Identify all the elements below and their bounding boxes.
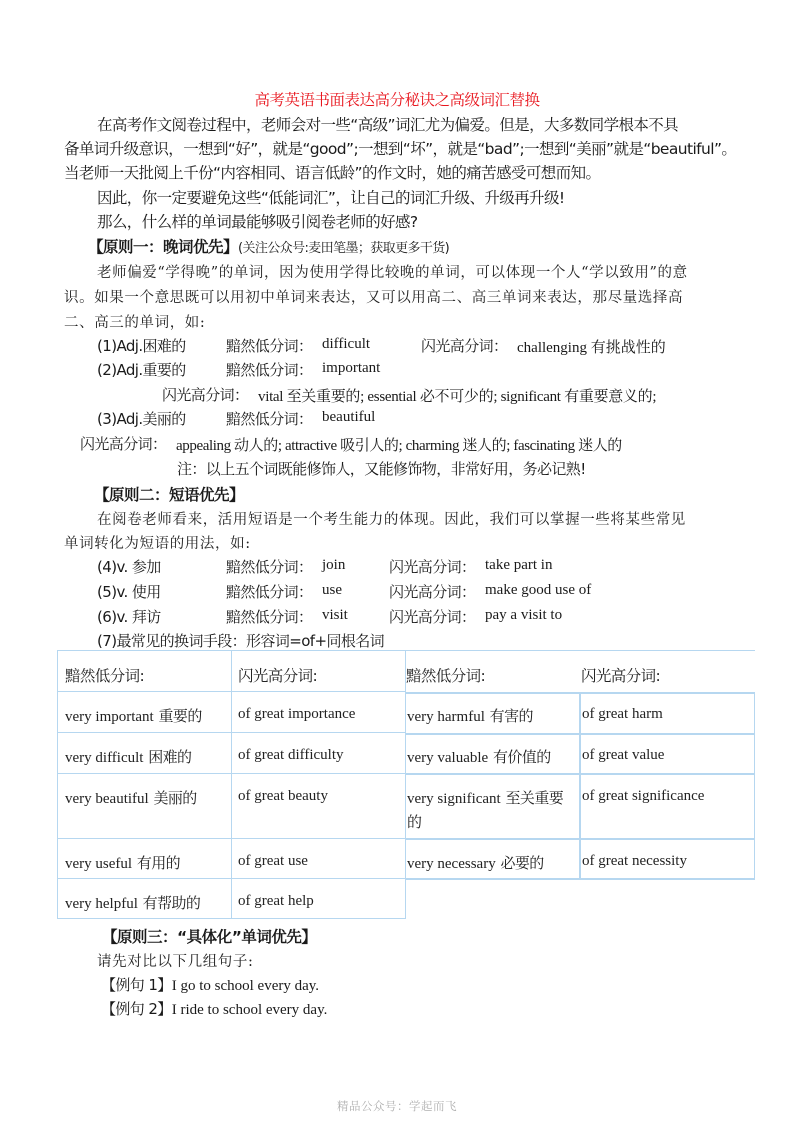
table-row-high: of great necessity [582, 853, 687, 870]
principle3-desc: 请先对比以下几组句子: [97, 950, 253, 971]
item-4-high: take part in [485, 557, 552, 574]
principle2-desc-1: 在阅卷老师看来，活用短语是一个考生能力的体现。因此，我们可以掌握一些将某些常见 [97, 508, 686, 529]
principle1-desc-2: 识。如果一个意思既可以用初中单词来表达，又可以用高二、高三单词来表达，那尽量选择… [64, 286, 683, 307]
principle1-remark: 注：以上五个词既能修饰人，又能修饰物，非常好用，务必记熟! [177, 458, 586, 479]
document-title: 高考英语书面表达高分秘诀之高级词汇替换 [0, 88, 794, 110]
intro-line-3: 当老师一天批阅上千份“内容相同、语言低龄”的作文时，她的痛苦感受可想而知。 [64, 161, 600, 183]
item-4-low-label: 黯然低分词： [226, 556, 312, 577]
principle3-heading: 【原则三：“具体化”单词优先】 [102, 925, 316, 947]
table-header-low-2: 黯然低分词: [406, 664, 485, 686]
item-6-low: visit [322, 607, 348, 624]
item-2-label: (2)Adj.重要的 [97, 359, 186, 380]
table-row-low: very beautiful 美丽的 [65, 787, 197, 808]
table-row-high: of great value [582, 747, 664, 764]
item-6-high-label: 闪光高分词： [389, 606, 475, 627]
item-5-low-label: 黯然低分词： [226, 581, 312, 602]
item-2-high-label: 闪光高分词： [162, 384, 248, 405]
table-row-high: of great importance [238, 706, 355, 723]
example-2-label: 【例句 2】 [101, 1000, 172, 1018]
table-header-high-1: 闪光高分词: [238, 664, 317, 686]
table-row-high: of great use [238, 853, 308, 870]
table-row-high: of great difficulty [238, 747, 344, 764]
table-row-low: very valuable 有价值的 [407, 746, 551, 767]
intro-line-1: 在高考作文阅卷过程中，老师会对一些“高级”词汇尤为偏爱。但是，大多数同学根本不具 [97, 113, 678, 135]
item-1-high-label: 闪光高分词： [421, 335, 507, 356]
table-row-low: very useful 有用的 [65, 852, 180, 873]
table-border [57, 650, 755, 651]
table-row-high: of great help [238, 893, 314, 910]
item-2-low-label: 黯然低分词： [226, 359, 312, 380]
item-4-label: (4)v. 参加 [97, 556, 161, 577]
item-5-high-label: 闪光高分词： [389, 581, 475, 602]
table-border [405, 650, 406, 919]
item-6-label: (6)v. 拜访 [97, 606, 161, 627]
table-row-low: very necessary 必要的 [407, 852, 544, 873]
footer-watermark: 精品公众号：学起而飞 [0, 1098, 794, 1114]
item-3-low-label: 黯然低分词： [226, 408, 312, 429]
table-row-low: very harmful 有害的 [407, 705, 533, 726]
item-1-low-label: 黯然低分词： [226, 335, 312, 356]
intro-line-2: 备单词升级意识，一想到“好”，就是“good”;一想到“坏”，就是“bad”;一… [64, 137, 736, 159]
principle1-heading: 【原则一：晚词优先】(关注公众号:麦田笔墨；获取更多干货) [88, 235, 449, 257]
item-1-label: (1)Adj.困难的 [97, 335, 186, 356]
item-3-low: beautiful [322, 409, 375, 426]
example-1-text: I go to school every day. [172, 978, 319, 994]
principle1-desc-3: 二、高三的单词，如: [64, 311, 205, 332]
item-5-label: (5)v. 使用 [97, 581, 161, 602]
example-1-label: 【例句 1】 [101, 976, 172, 994]
example-1: 【例句 1】I go to school every day. [101, 974, 319, 995]
item-5-low: use [322, 582, 342, 599]
table-row-low: very important 重要的 [65, 705, 202, 726]
principle2-heading: 【原则二：短语优先】 [94, 483, 244, 505]
table-row-low-wrap: 的 [407, 811, 422, 832]
intro-line-5: 那么，什么样的单词最能够吸引阅卷老师的好感? [97, 210, 418, 232]
item-2-low: important [322, 360, 380, 377]
table-border [231, 650, 232, 919]
item-4-high-label: 闪光高分词： [389, 556, 475, 577]
example-2: 【例句 2】I ride to school every day. [101, 998, 327, 1019]
table-header-high-2: 闪光高分词: [581, 664, 660, 686]
table-border [579, 692, 581, 880]
table-border [754, 692, 755, 880]
item-3-high: appealing 动人的; attractive 吸引人的; charming… [176, 434, 622, 455]
table-border [57, 650, 58, 919]
item-7: (7)最常见的换词手段：形容词=of+同根名词 [97, 630, 384, 651]
table-row-low: very significant 至关重要 [407, 787, 563, 808]
principle1-desc-1: 老师偏爱“学得晚”的单词，因为使用学得比较晚的单词，可以体现一个人“学以致用”的… [97, 261, 688, 282]
item-3-high-label: 闪光高分词： [80, 433, 166, 454]
item-3-label: (3)Adj.美丽的 [97, 408, 186, 429]
item-1-low: difficult [322, 336, 370, 353]
item-4-low: join [322, 557, 345, 574]
item-6-high: pay a visit to [485, 607, 562, 624]
table-row-high: of great significance [582, 788, 704, 805]
table-header-low-1: 黯然低分词: [65, 664, 144, 686]
principle1-note: (关注公众号:麦田笔墨；获取更多干货) [238, 241, 449, 256]
principle1-title: 【原则一：晚词优先】 [88, 238, 238, 256]
item-5-high: make good use of [485, 582, 591, 599]
item-2-high: vital 至关重要的; essential 必不可少的; significan… [258, 385, 656, 406]
table-row-high: of great beauty [238, 788, 328, 805]
item-1-high: challenging 有挑战性的 [517, 336, 666, 357]
example-2-text: I ride to school every day. [172, 1002, 328, 1018]
table-row-high: of great harm [582, 706, 663, 723]
table-row-low: very difficult 困难的 [65, 746, 191, 767]
principle2-desc-2: 单词转化为短语的用法，如: [64, 532, 251, 553]
intro-line-4: 因此，你一定要避免这些“低能词汇”，让自己的词汇升级、升级再升级! [97, 186, 564, 208]
item-6-low-label: 黯然低分词： [226, 606, 312, 627]
table-row-low: very helpful 有帮助的 [65, 892, 200, 913]
